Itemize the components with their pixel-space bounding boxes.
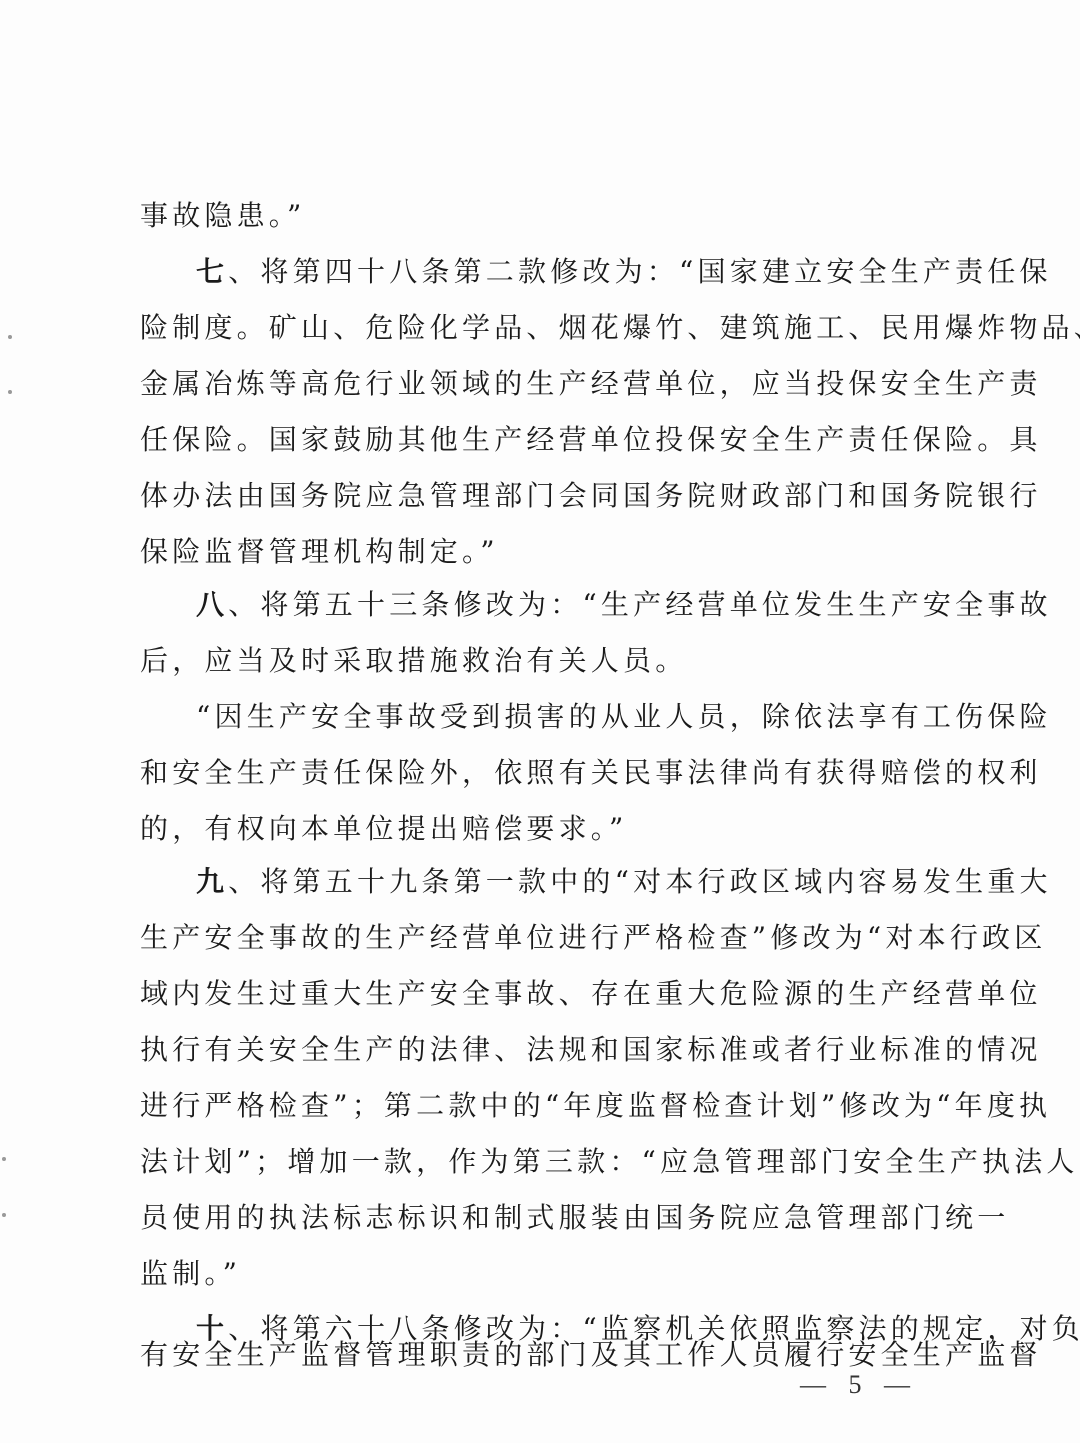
line-text: 、将第五十九条第一款中的“对本行政区域内容易发生重大 xyxy=(228,865,1052,898)
text-line: 体办法由国务院应急管理部门会同国务院财政部门和国务院银行 xyxy=(140,476,940,516)
line-text: 任保险。国家鼓励其他生产经营单位投保安全生产责任保险。具 xyxy=(140,423,1042,456)
clause-number: 八 xyxy=(196,588,228,621)
line-text: 法计划”；增加一款，作为第三款：“应急管理部门安全生产执法人 xyxy=(140,1145,1079,1178)
line-text: 的，有权向本单位提出赔偿要求。” xyxy=(140,812,628,845)
line-text: 和安全生产责任保险外，依照有关民事法律尚有获得赔偿的权利 xyxy=(140,756,1042,789)
line-text: 有安全生产监督管理职责的部门及其工作人员履行安全生产监督 xyxy=(140,1338,1042,1371)
line-text: 、将第四十八条第二款修改为：“国家建立安全生产责任保 xyxy=(228,255,1052,288)
text-line: 和安全生产责任保险外，依照有关民事法律尚有获得赔偿的权利 xyxy=(140,753,940,793)
margin-mark xyxy=(8,390,12,394)
text-line: 法计划”；增加一款，作为第三款：“应急管理部门安全生产执法人 xyxy=(140,1142,940,1182)
line-text: 生产安全事故的生产经营单位进行严格检查”修改为“对本行政区 xyxy=(140,921,1046,954)
line-text: 险制度。矿山、危险化学品、烟花爆竹、建筑施工、民用爆炸物品、 xyxy=(140,311,1080,344)
text-line: 的，有权向本单位提出赔偿要求。” xyxy=(140,809,940,849)
line-text: 、将第五十三条修改为：“生产经营单位发生生产安全事故 xyxy=(228,588,1052,621)
text-line: 域内发生过重大生产安全事故、存在重大危险源的生产经营单位 xyxy=(140,974,940,1014)
text-line: “因生产安全事故受到损害的从业人员，除依法享有工伤保险 xyxy=(196,697,940,737)
margin-mark xyxy=(8,335,12,339)
line-text: 事故隐患。” xyxy=(140,199,306,232)
line-text: 执行有关安全生产的法律、法规和国家标准或者行业标准的情况 xyxy=(140,1033,1042,1066)
page-number: — 5 — xyxy=(800,1368,918,1402)
clause-number: 七 xyxy=(196,255,228,288)
text-line: 金属冶炼等高危行业领域的生产经营单位，应当投保安全生产责 xyxy=(140,364,940,404)
clause-number: 九 xyxy=(196,865,228,898)
line-text: “因生产安全事故受到损害的从业人员，除依法享有工伤保险 xyxy=(196,700,1052,733)
text-line: 监制。” xyxy=(140,1254,940,1294)
text-line: 险制度。矿山、危险化学品、烟花爆竹、建筑施工、民用爆炸物品、 xyxy=(140,308,940,348)
line-text: 保险监督管理机构制定。” xyxy=(140,535,499,568)
text-line: 员使用的执法标志标识和制式服装由国务院应急管理部门统一 xyxy=(140,1198,940,1238)
clause-heading-line: 八、将第五十三条修改为：“生产经营单位发生生产安全事故 xyxy=(196,585,940,625)
margin-mark xyxy=(2,1213,6,1217)
clause-heading-line: 七、将第四十八条第二款修改为：“国家建立安全生产责任保 xyxy=(196,252,940,292)
line-text: 员使用的执法标志标识和制式服装由国务院应急管理部门统一 xyxy=(140,1201,1009,1234)
line-text: 监制。” xyxy=(140,1257,241,1290)
line-text: 域内发生过重大生产安全事故、存在重大危险源的生产经营单位 xyxy=(140,977,1042,1010)
text-line: 进行严格检查”；第二款中的“年度监督检查计划”修改为“年度执 xyxy=(140,1086,940,1126)
document-page: 事故隐患。” 七、将第四十八条第二款修改为：“国家建立安全生产责任保 险制度。矿… xyxy=(0,0,1080,1443)
margin-mark xyxy=(2,1157,6,1161)
text-line: 后，应当及时采取措施救治有关人员。 xyxy=(140,641,940,681)
text-line: 执行有关安全生产的法律、法规和国家标准或者行业标准的情况 xyxy=(140,1030,940,1070)
clause-heading-line: 九、将第五十九条第一款中的“对本行政区域内容易发生重大 xyxy=(196,862,940,902)
text-line: 生产安全事故的生产经营单位进行严格检查”修改为“对本行政区 xyxy=(140,918,940,958)
line-text: 体办法由国务院应急管理部门会同国务院财政部门和国务院银行 xyxy=(140,479,1042,512)
text-line: 任保险。国家鼓励其他生产经营单位投保安全生产责任保险。具 xyxy=(140,420,940,460)
line-text: 后，应当及时采取措施救治有关人员。 xyxy=(140,644,687,677)
line-text: 进行严格检查”；第二款中的“年度监督检查计划”修改为“年度执 xyxy=(140,1089,1051,1122)
line-text: 金属冶炼等高危行业领域的生产经营单位，应当投保安全生产责 xyxy=(140,367,1042,400)
text-line: 事故隐患。” xyxy=(140,196,940,236)
text-line: 保险监督管理机构制定。” xyxy=(140,532,940,572)
